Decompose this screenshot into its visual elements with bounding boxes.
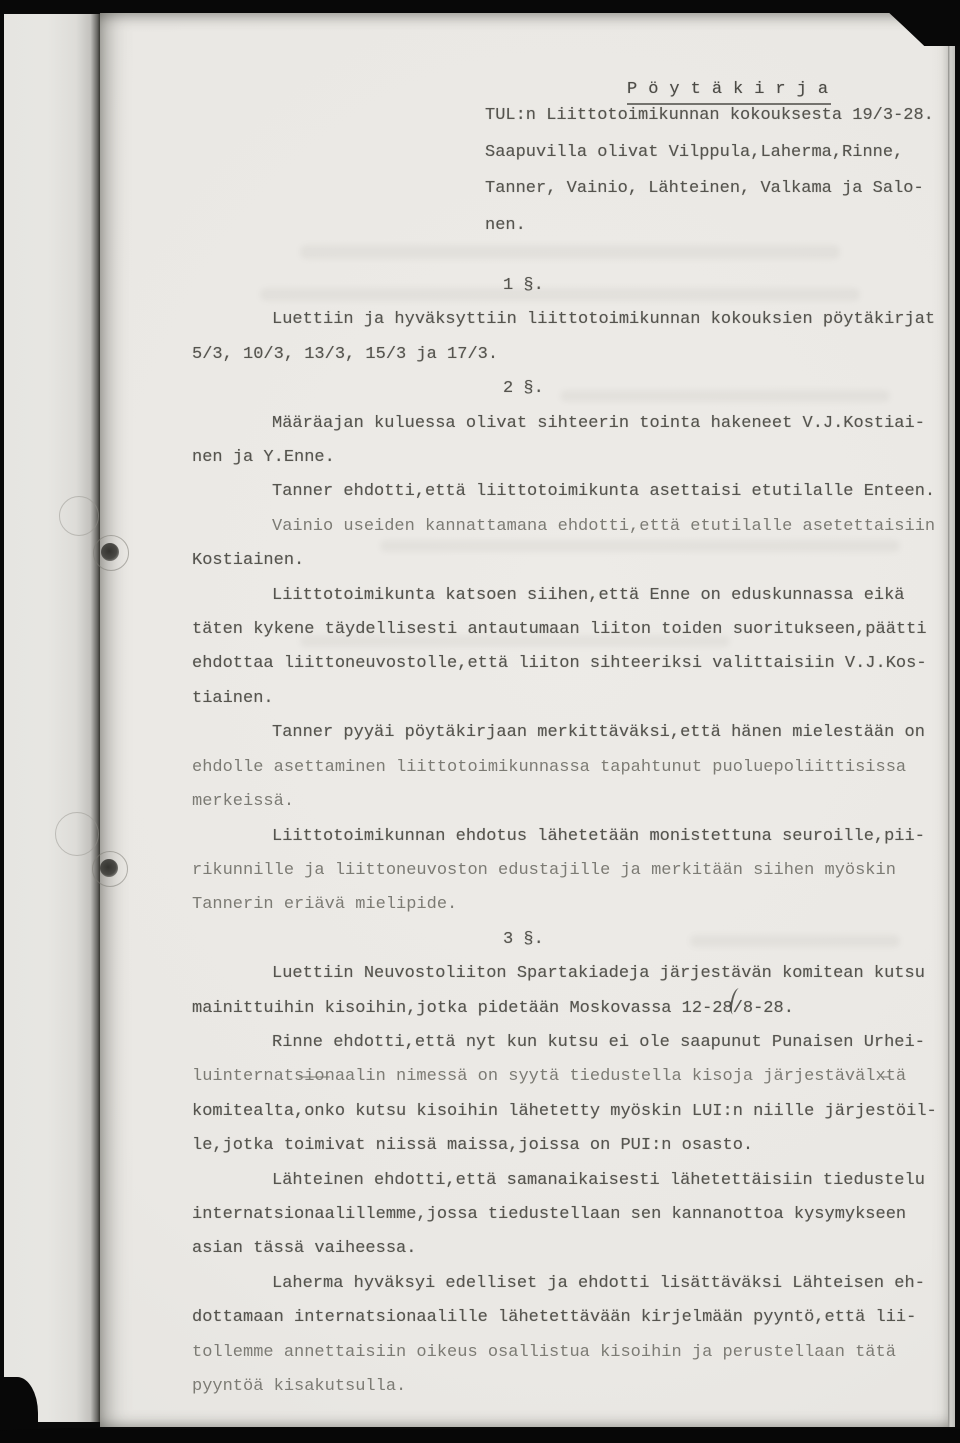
document-line: le,jotka toimivat niissä maissa,joissa o…: [192, 1129, 952, 1163]
document-line: Laherma hyväksyi edelliset ja ehdotti li…: [192, 1267, 952, 1301]
document-line: Lähteinen ehdotti,että samanaikaisesti l…: [192, 1164, 952, 1198]
document-line: Kostiainen.: [192, 544, 952, 578]
document-line: Vainio useiden kannattamana ehdotti,että…: [192, 510, 952, 544]
document-line: asian tässä vaiheessa.: [192, 1232, 952, 1266]
underlying-page-edge: [4, 14, 100, 1422]
document-line: mainittuihin kisoihin,jotka pidetään Mos…: [192, 992, 952, 1026]
document-header-block: TUL:n Liittotoimikunnan kokouksesta 19/3…: [485, 98, 947, 244]
document-line: luinternats̶i̶o̶naalin nimessä on syytä …: [192, 1060, 952, 1094]
document-line: pyyntöä kisakutsulla.: [192, 1370, 952, 1404]
scan-frame-bottom: [0, 1427, 960, 1443]
document-line: ehdolle asettaminen liittotoimikunnassa …: [192, 751, 952, 785]
scanned-document: P ö y t ä k i r j a TUL:n Liittotoimikun…: [0, 0, 960, 1443]
document-line: komitealta,onko kutsu kisoihin lähetetty…: [192, 1095, 952, 1129]
document-line: dottamaan internatsionaalille lähetettäv…: [192, 1301, 952, 1335]
document-line: Luettiin ja hyväksyttiin liittotoimikunn…: [192, 303, 952, 337]
document-line: Tanner ehdotti,että liittotoimikunta ase…: [192, 475, 952, 509]
document-line: nen ja Y.Enne.: [192, 441, 952, 475]
punch-hole-outline: [59, 496, 99, 536]
document-line: Tanner pyyäi pöytäkirjaan merkittäväksi,…: [192, 716, 952, 750]
document-line: Luettiin Neuvostoliiton Spartakiadeja jä…: [192, 957, 952, 991]
document-header-line: Tanner, Vainio, Lähteinen, Valkama ja Sa…: [485, 171, 947, 208]
document-body-block: 1 §.Luettiin ja hyväksyttiin liittotoimi…: [192, 269, 952, 1404]
document-line: 5/3, 10/3, 13/3, 15/3 ja 17/3.: [192, 338, 952, 372]
document-line: ehdottaa liittoneuvostolle,että liiton s…: [192, 647, 952, 681]
document-line: Liittotoimikunta katsoen siihen,että Enn…: [192, 579, 952, 613]
document-header-line: TUL:n Liittotoimikunnan kokouksesta 19/3…: [485, 98, 947, 135]
document-line: Liittotoimikunnan ehdotus lähetetään mon…: [192, 820, 952, 854]
document-line: täten kykene täydellisesti antautumaan l…: [192, 613, 952, 647]
document-line: 3 §.: [192, 923, 952, 957]
document-header-line: nen.: [485, 208, 947, 245]
document-line: tiainen.: [192, 682, 952, 716]
document-line: Määräajan kuluessa olivat sihteerin toin…: [192, 407, 952, 441]
document-line: Tannerin eriävä mielipide.: [192, 888, 952, 922]
document-line: Rinne ehdotti,että nyt kun kutsu ei ole …: [192, 1026, 952, 1060]
document-line: 1 §.: [192, 269, 952, 303]
page-stack-edge: [948, 16, 955, 1427]
punch-hole-outline: [55, 812, 99, 856]
document-line: internatsionaalillemme,jossa tiedustella…: [192, 1198, 952, 1232]
bleed-through-smudge: [300, 245, 840, 259]
document-line: 2 §.: [192, 372, 952, 406]
document-header-line: Saapuvilla olivat Vilppula,Laherma,Rinne…: [485, 135, 947, 172]
punch-hole: [93, 535, 129, 571]
scan-frame-top: [0, 0, 960, 13]
document-line: merkeissä.: [192, 785, 952, 819]
punch-hole: [92, 851, 128, 887]
document-line: rikunnille ja liittoneuvoston edustajill…: [192, 854, 952, 888]
scan-frame-left: [0, 0, 4, 1443]
document-line: tollemme annettaisiin oikeus osallistua …: [192, 1336, 952, 1370]
